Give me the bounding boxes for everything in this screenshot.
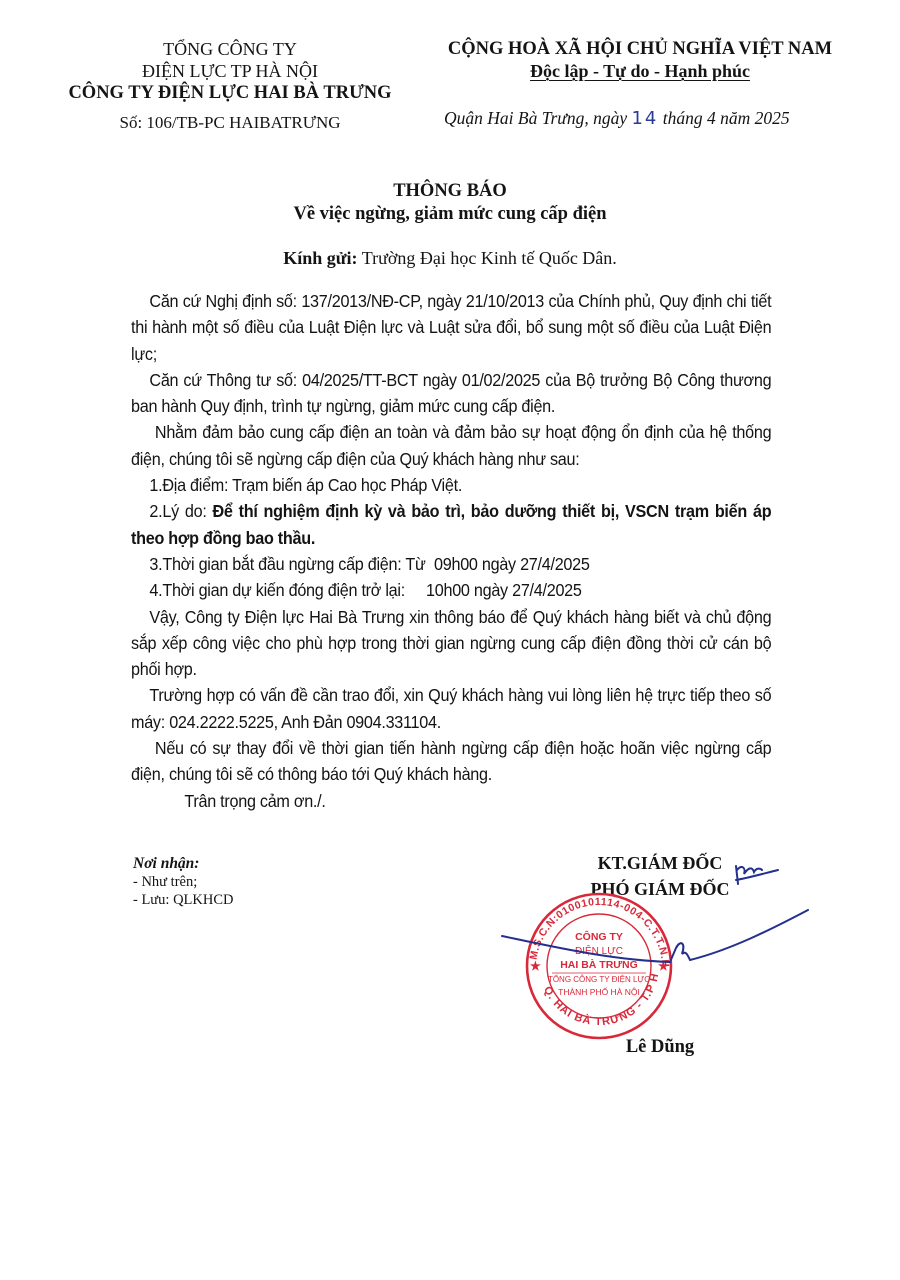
- recipient-item: - Lưu: QLKHCD: [133, 891, 234, 909]
- paragraph-changes: Nếu có sự thay đổi về thời gian tiến hàn…: [131, 735, 771, 788]
- recipient-line: Kính gửi: Trường Đại học Kinh tế Quốc Dâ…: [0, 248, 900, 269]
- item-reason: 2.Lý do: Để thí nghiệm định kỳ và bảo tr…: [131, 498, 771, 551]
- notice-title-block: THÔNG BÁO Về việc ngừng, giảm mức cung c…: [0, 180, 900, 226]
- org-line-2: ĐIỆN LỰC TP HÀ NỘI: [40, 60, 420, 82]
- date-line: Quận Hai Bà Trưng, ngày 14 tháng 4 năm 2…: [444, 108, 790, 129]
- recipient-item: - Như trên;: [133, 873, 234, 891]
- recipients-list: Nơi nhận: - Như trên; - Lưu: QLKHCD: [133, 855, 234, 909]
- item-location: 1.Địa điểm: Trạm biến áp Cao học Pháp Vi…: [131, 472, 771, 498]
- paragraph-notification: Vậy, Công ty Điện lực Hai Bà Trưng xin t…: [131, 604, 771, 683]
- issuing-organization: TỔNG CÔNG TY ĐIỆN LỰC TP HÀ NỘI CÔNG TY …: [40, 38, 420, 134]
- recipients-heading: Nơi nhận:: [133, 855, 234, 873]
- notice-body: Căn cứ Nghị định số: 137/2013/NĐ-CP, ngà…: [131, 288, 771, 814]
- national-motto: Độc lập - Tự do - Hạnh phúc: [530, 61, 750, 81]
- handwritten-signature-icon: [490, 860, 810, 980]
- recipient-label: Kính gửi:: [283, 248, 357, 268]
- paragraph-purpose: Nhằm đảm bảo cung cấp điện an toàn và đả…: [131, 419, 771, 472]
- document-number: Số: 106/TB-PC HAIBATRƯNG: [40, 112, 420, 134]
- notice-title: THÔNG BÁO: [0, 180, 900, 203]
- item-reason-value: Để thí nghiệm định kỳ và bảo trì, bảo dư…: [131, 501, 771, 547]
- signer-name: Lê Dũng: [560, 1037, 760, 1058]
- closing-line: Trân trọng cảm ơn./.: [131, 788, 771, 814]
- org-line-1: TỔNG CÔNG TY: [40, 38, 420, 60]
- paragraph-contact: Trường hợp có vấn đề cần trao đổi, xin Q…: [131, 682, 771, 735]
- paragraph-legal-basis-1: Căn cứ Nghị định số: 137/2013/NĐ-CP, ngà…: [131, 288, 771, 367]
- handwritten-day: 14: [631, 108, 658, 129]
- paragraph-legal-basis-2: Căn cứ Thông tư số: 04/2025/TT-BCT ngày …: [131, 367, 771, 420]
- item-restore-time: 4.Thời gian dự kiến đóng điện trở lại: 1…: [131, 577, 771, 603]
- recipient-name: Trường Đại học Kinh tế Quốc Dân.: [362, 248, 617, 268]
- date-suffix: tháng 4 năm 2025: [663, 108, 790, 128]
- svg-text:THÀNH PHỐ HÀ NỘI: THÀNH PHỐ HÀ NỘI: [558, 986, 640, 997]
- date-prefix: Quận Hai Bà Trưng, ngày: [444, 108, 627, 128]
- national-header: CỘNG HOÀ XÃ HỘI CHỦ NGHĨA VIỆT NAM Độc l…: [420, 38, 860, 82]
- item-start-time: 3.Thời gian bắt đầu ngừng cấp điện: Từ 0…: [131, 551, 771, 577]
- nation-name: CỘNG HOÀ XÃ HỘI CHỦ NGHĨA VIỆT NAM: [420, 38, 860, 60]
- notice-subtitle: Về việc ngừng, giảm mức cung cấp điện: [0, 203, 900, 226]
- item-reason-label: 2.Lý do:: [149, 501, 212, 521]
- org-line-3: CÔNG TY ĐIỆN LỰC HAI BÀ TRƯNG: [40, 82, 420, 104]
